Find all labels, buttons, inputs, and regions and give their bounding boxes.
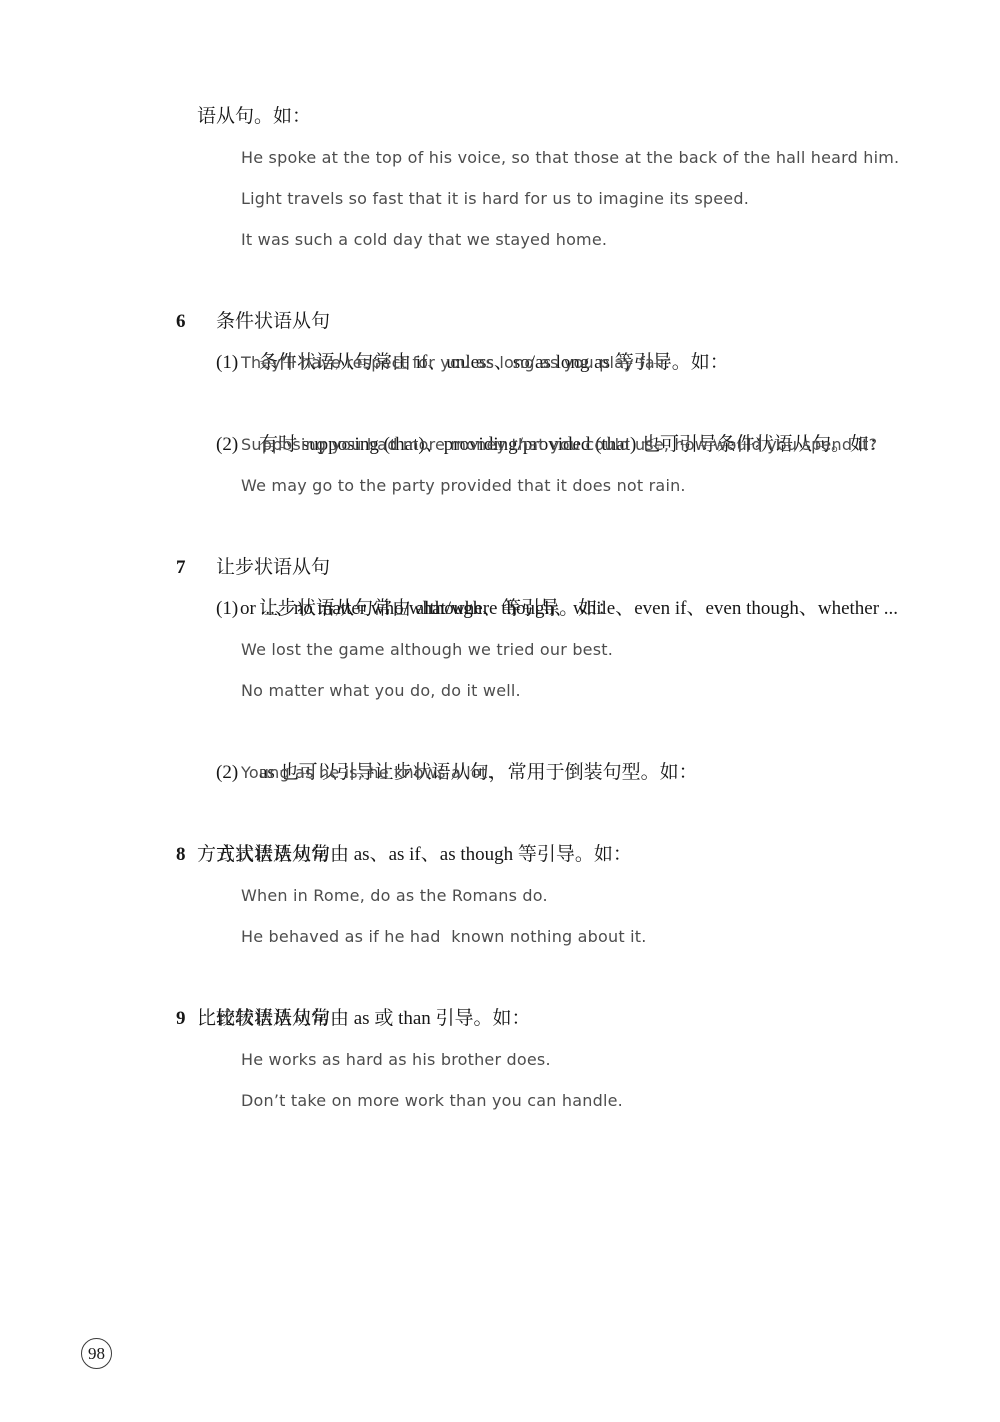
example-sentence: It was such a cold day that we stayed ho… [0,219,1000,260]
example-sentence: Supposing you had more money that you co… [0,424,1000,465]
section-heading: 8方式状语从句 [0,793,1000,834]
section-lead-text: 方式状语从句常由 as、as if、as though 等引导。如： [0,834,1000,875]
example-sentence: He behaved as if he had known nothing ab… [0,916,1000,957]
continued-text: 语从句。如： [0,96,1000,137]
section-heading: 7让步状语从句 [0,506,1000,547]
example-sentence: We lost the game although we tried our b… [0,629,1000,670]
list-item: (1)条件状语从句常由 if、unless、so/as long as 等引导。… [0,301,1000,342]
page-number-badge: 98 [81,1338,112,1369]
example-sentence: He spoke at the top of his voice, so tha… [0,137,1000,178]
section-title: 让步状语从句 [216,557,330,578]
example-sentence: When in Rome, do as the Romans do. [0,875,1000,916]
example-sentence: They’ll have respect for you as long as … [0,342,1000,383]
page-number: 98 [88,1344,105,1364]
page-content: 语从句。如： He spoke at the top of his voice,… [0,96,1000,1121]
list-item: (1)让步状语从句常由 although、though、while、even i… [0,547,1000,588]
example-sentence: We may go to the party provided that it … [0,465,1000,506]
list-item: (2)as 也可以引导让步状语从句，常用于倒装句型。如： [0,711,1000,752]
section-title: 条件状语从句 [216,311,330,332]
section-heading: 9比较状语从句 [0,957,1000,998]
section-lead-text: 比较状语从句常由 as 或 than 引导。如： [0,998,1000,1039]
list-item: (2)有时 supposing (that)、providing/provide… [0,383,1000,424]
example-sentence: Light travels so fast that it is hard fo… [0,178,1000,219]
section-heading: 6条件状语从句 [0,260,1000,301]
section-number: 7 [176,547,216,588]
example-sentence: He works as hard as his brother does. [0,1039,1000,1080]
section-number: 6 [176,301,216,342]
example-sentence: Don’t take on more work than you can han… [0,1080,1000,1121]
example-sentence: No matter what you do, do it well. [0,670,1000,711]
